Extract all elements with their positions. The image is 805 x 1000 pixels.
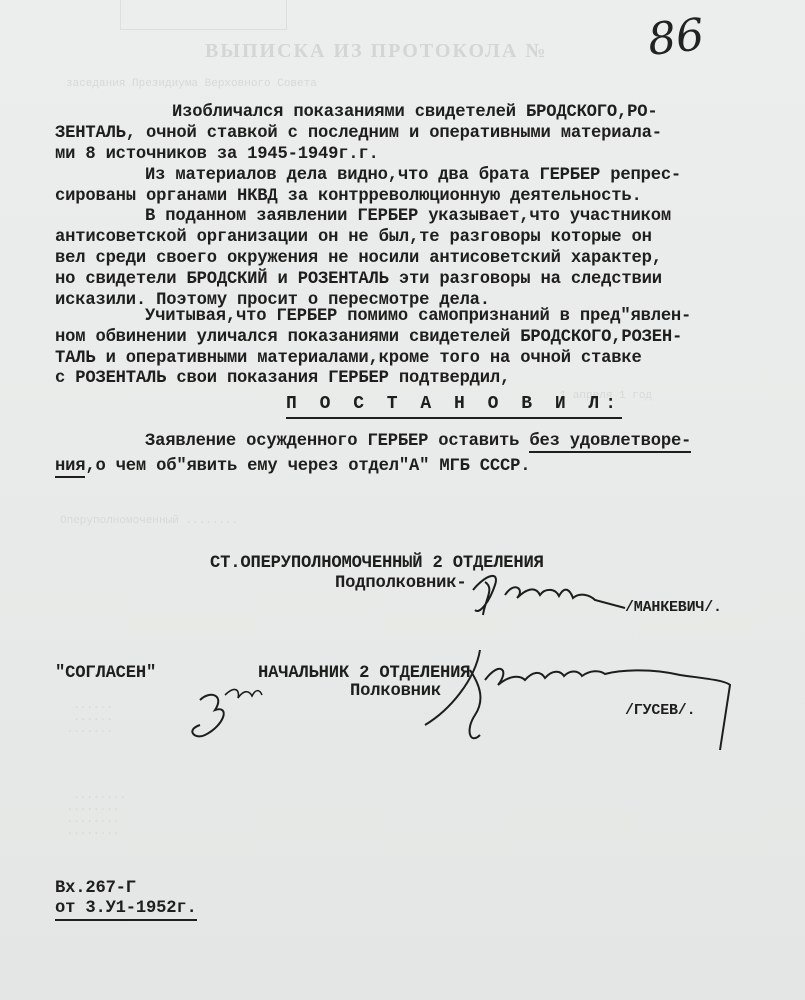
body-line: вел среди своего окружения не носили ант… <box>55 250 662 267</box>
chief-name: /ГУСЕВ/. <box>625 703 695 718</box>
ghost-bleed-5: ...... ...... ....... <box>60 700 113 736</box>
signature-gusev <box>180 640 740 760</box>
incoming-number: Вх.267-Г <box>55 880 136 897</box>
officer-name: /МАНКЕВИЧ/. <box>625 600 722 615</box>
ghost-bleed-4: Оперуполномоченный ........ <box>60 515 238 527</box>
body-line: Изобличался показаниями свидетелей БРОДС… <box>172 104 657 121</box>
body-line: но свидетели БРОДСКИЙ и РОЗЕНТАЛЬ эти ра… <box>55 271 662 288</box>
handwritten-page-number: 86 <box>645 9 706 66</box>
ghost-bleed-6: ........ ........ ........ ........ <box>60 790 126 838</box>
body-line: Учитывая,что ГЕРБЕР помимо самопризнаний… <box>145 308 691 325</box>
incoming-date: от 3.У1-1952г. <box>55 900 197 921</box>
resolution-heading: П О С Т А Н О В И Л: <box>286 394 622 419</box>
underlined-text: ния <box>55 457 85 478</box>
resolution-text: ,о чем об"явить ему через отдел"А" МГБ С… <box>85 457 530 476</box>
agreed-label: "СОГЛАСЕН" <box>55 665 156 682</box>
body-line: сированы органами НКВД за контрреволюцио… <box>55 188 642 205</box>
officer-title: СТ.ОПЕРУПОЛНОМОЧЕННЫЙ 2 ОТДЕЛЕНИЯ <box>210 555 544 572</box>
resolution-line-1: Заявление осужденного ГЕРБЕР оставить бе… <box>145 433 691 450</box>
officer-rank: Подполковник- <box>335 575 466 592</box>
chief-rank: Полковник <box>350 683 441 700</box>
body-line: с РОЗЕНТАЛЬ свои показания ГЕРБЕР подтве… <box>55 370 510 387</box>
body-line: Из материалов дела видно,что два брата Г… <box>145 167 681 184</box>
body-line: антисоветской организации он не был,те р… <box>55 229 652 246</box>
body-line: ми 8 источников за 1945-1949г.г. <box>55 146 379 163</box>
body-line: ТАЛЬ и оперативными материалами,кроме то… <box>55 350 642 367</box>
faint-stamp-box <box>120 0 287 30</box>
underlined-text: без удовлетворе- <box>529 432 691 453</box>
ghost-header: ВЫПИСКА ИЗ ПРОТОКОЛА № <box>205 40 547 63</box>
resolution-line-2: ния,о чем об"явить ему через отдел"А" МГ… <box>55 458 530 475</box>
resolution-text: Заявление осужденного ГЕРБЕР оставить <box>145 432 529 451</box>
body-line: ном обвинении уличался показаниями свиде… <box>55 329 682 346</box>
body-line: ЗЕНТАЛЬ, очной ставкой с последним и опе… <box>55 125 662 142</box>
body-line: В поданном заявлении ГЕРБЕР указывает,чт… <box>145 208 671 225</box>
ghost-bleed-1: заседания Президиума Верховного Совета <box>66 78 601 90</box>
chief-title: НАЧАЛЬНИК 2 ОТДЕЛЕНИЯ <box>258 665 470 682</box>
